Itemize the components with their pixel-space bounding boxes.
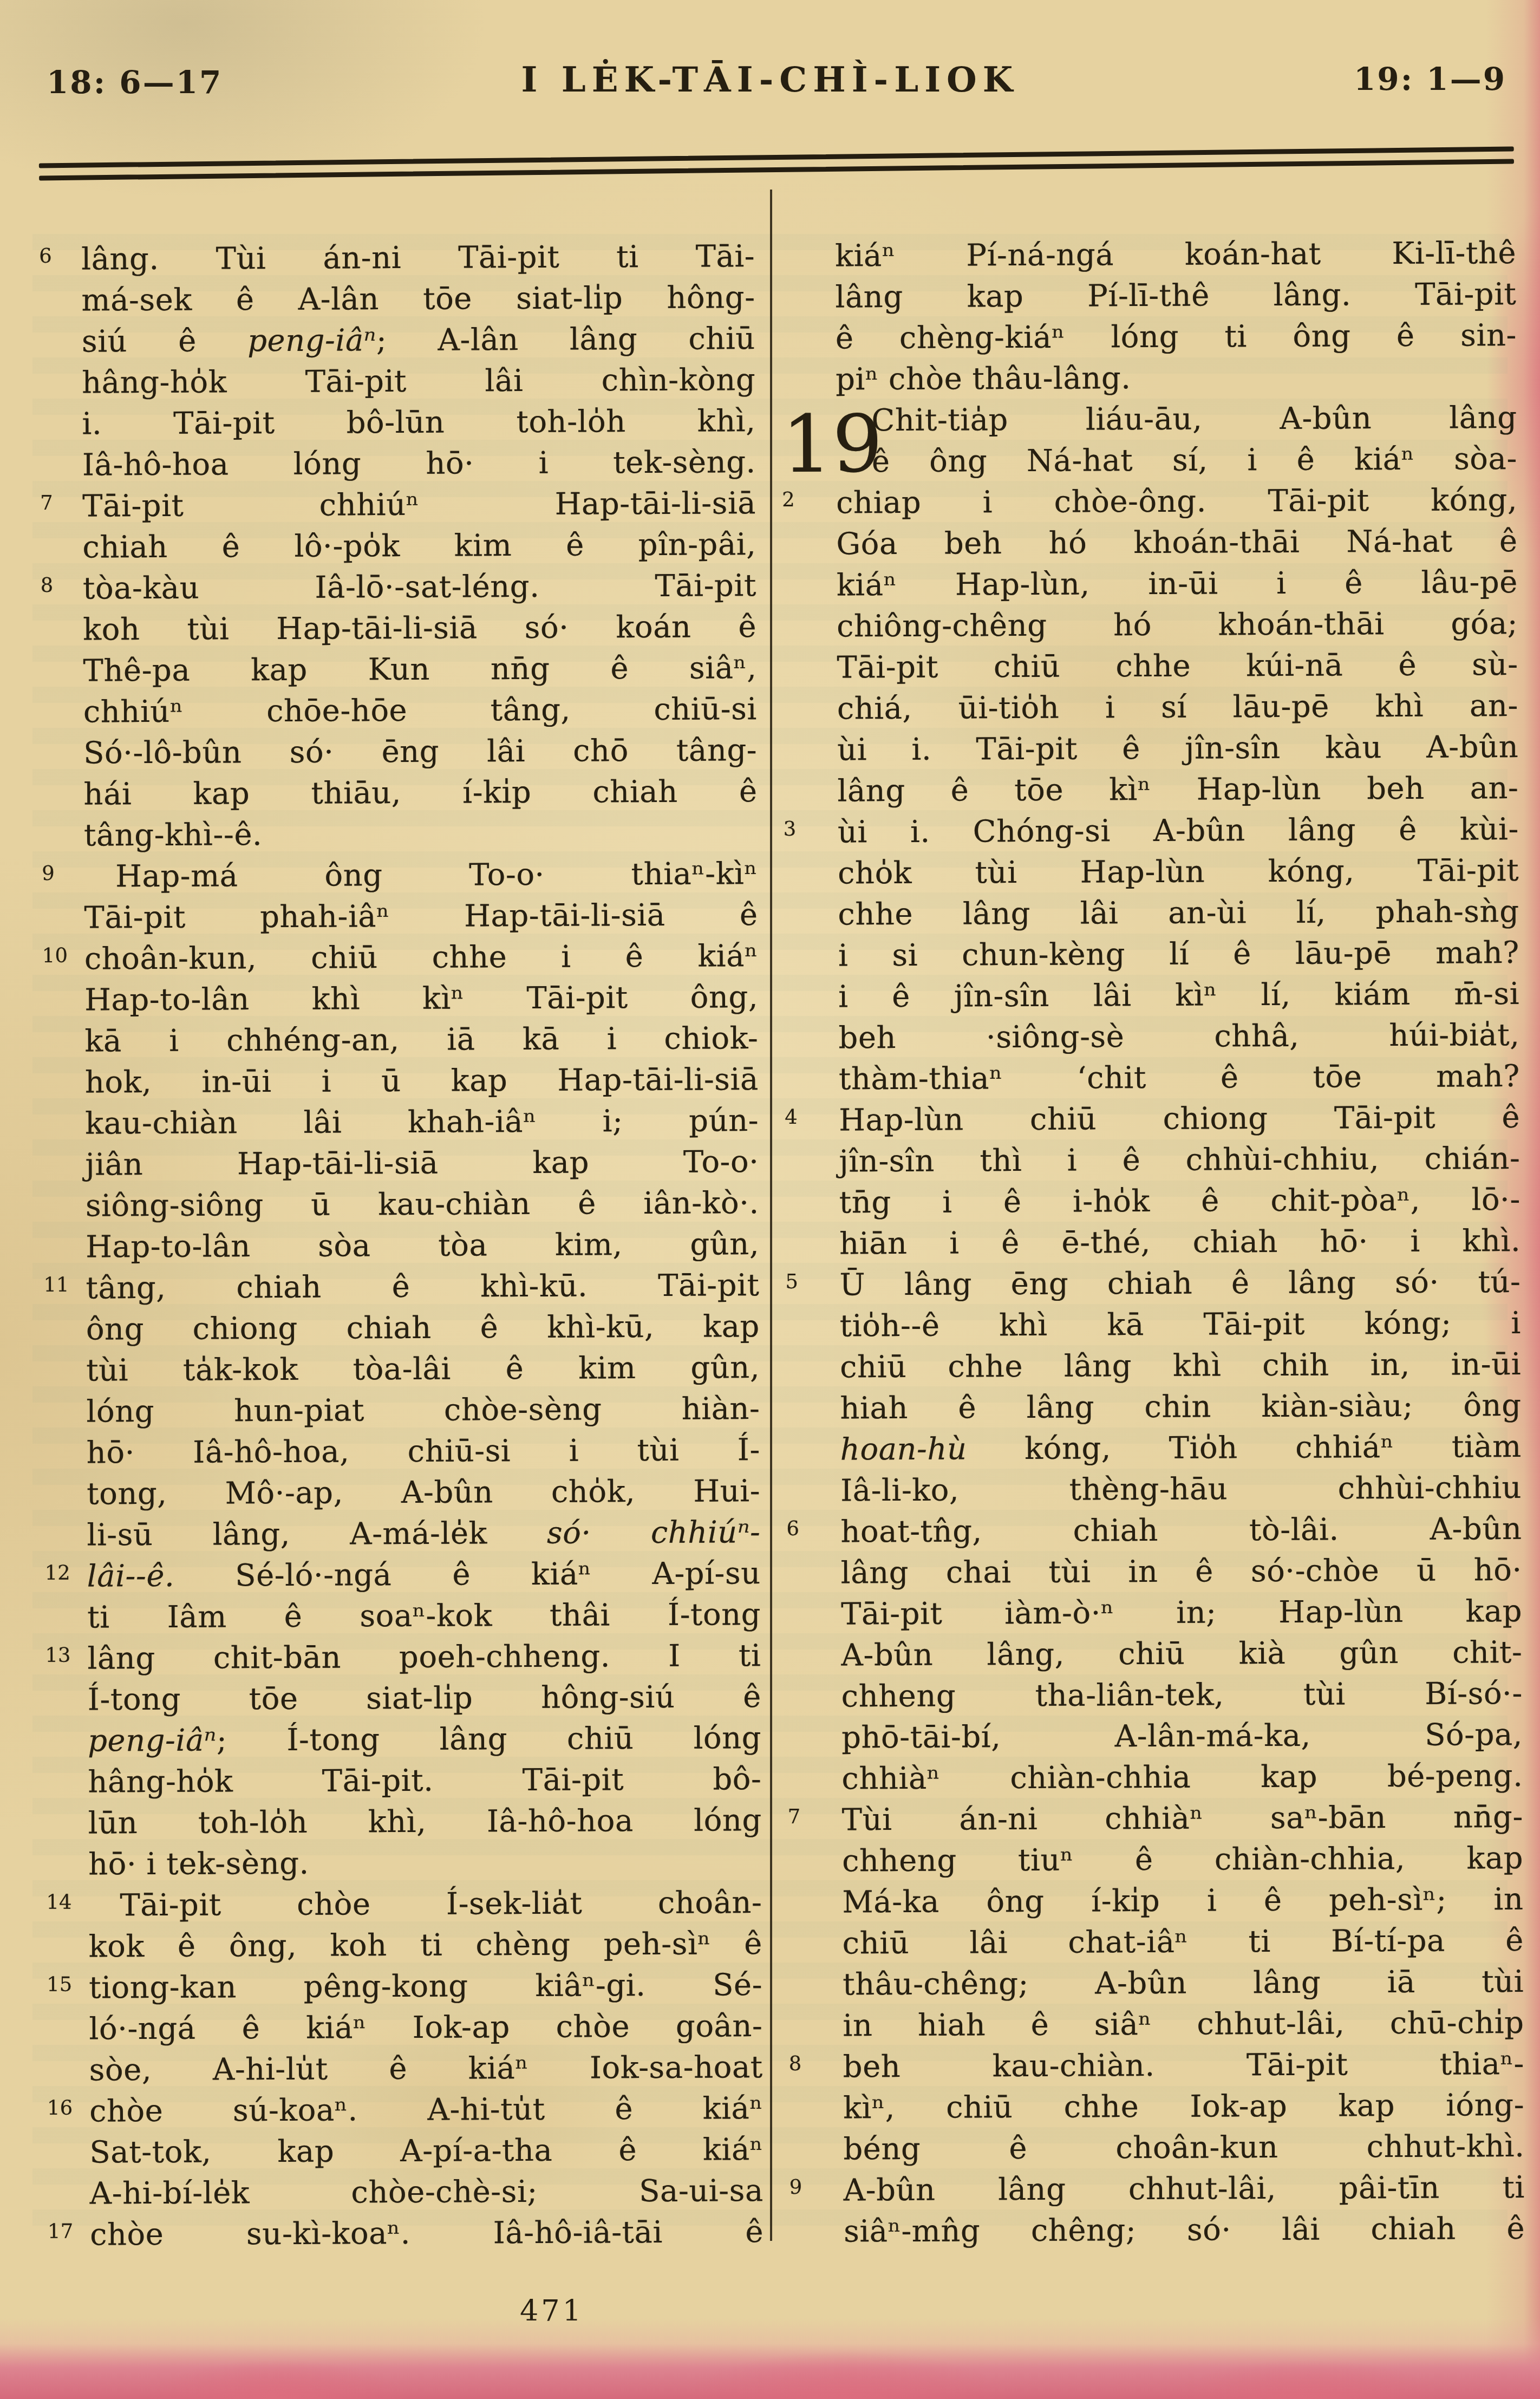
text-line: 3ùi i. Chóng-si A-bûn lâng ê kùi- (784, 809, 1519, 853)
verse-text: chiah ê lô·-po̍k kim ê pîn-pâi, (82, 524, 756, 568)
text-line: 12lâi--ê. Sé-ló·-ngá ê kiáⁿ A-pí-su (45, 1553, 761, 1598)
verse-text: li-sū lâng, A-má-le̍k só· chhiúⁿ- (87, 1512, 760, 1556)
text-line: kā i chhéng-an, iā kā i chiok- (42, 1018, 758, 1062)
text-line: hiān i ê ē-thé, chiah hō· i khì. (785, 1221, 1521, 1265)
verse-number (786, 1347, 840, 1388)
text-line: chiah ê lô·-po̍k kim ê pîn-pâi, (40, 524, 756, 569)
verse-number (785, 1141, 839, 1182)
text-line: kiáⁿ Hap-lùn, in-ūi i ê lâu-pē (782, 562, 1518, 607)
verse-number (41, 610, 83, 651)
verse-text: phō-tāi-bí, A-lân-má-ka, Só-pa, (841, 1714, 1523, 1758)
verse-text: A-bûn lâng chhut-lâi, pâi-tīn ti (844, 2167, 1525, 2211)
text-line: Thê-pa kap Kun nn̄g ê siâⁿ, (41, 648, 756, 692)
verse-number (45, 1598, 87, 1639)
verse-number (788, 1882, 842, 1923)
text-line: i si chun-kèng lí ê lāu-pē mah? (784, 933, 1519, 977)
verse-number (46, 1803, 88, 1844)
verse-number (42, 898, 84, 939)
verse-text: lóng hun-piat chòe-sèng hiàn- (86, 1388, 760, 1432)
verse-text: chòe su-kì-koaⁿ. Iâ-hô-iâ-tāi ê (90, 2212, 764, 2255)
verse-text: tùi ta̍k-kok tòa-lâi ê kim gûn, (86, 1347, 760, 1391)
text-line: Í-tong tōe siat-li̍p hông-siú ê (45, 1677, 761, 1721)
verse-text: lâng kap Pí-lī-thê lâng. Tāi-pit (835, 274, 1516, 318)
verse-number (782, 647, 837, 688)
verse-number (786, 1388, 840, 1429)
verse-number (43, 1227, 86, 1268)
verse-text: chiá, ūi-tio̍h i sí lāu-pē khì an- (837, 686, 1518, 729)
verse-number: 6 (39, 239, 81, 281)
verse-text: Tāi-pit phah-iâⁿ Hap-tāi-li-siā ê (84, 895, 758, 938)
text-line: Tāi-pit phah-iâⁿ Hap-tāi-li-siā ê (42, 895, 758, 939)
text-line: ló·-ngá ê kiáⁿ Iok-ap chòe goân- (47, 2006, 762, 2050)
verse-text: kiáⁿ Hap-lùn, in-ūi i ê lâu-pē (837, 562, 1518, 606)
verse-text: ti Iâm ê soaⁿ-kok thâi Í-tong (87, 1594, 761, 1638)
text-line: tâng-khì--ê. (42, 812, 758, 857)
text-line: ê chèng-kiáⁿ lóng ti ông ê sin- (781, 315, 1517, 360)
italic-phrase: peng-iâⁿ (88, 1723, 217, 1758)
verse-text: hiān i ê ē-thé, chiah hō· i khì. (839, 1221, 1521, 1264)
text-line: Sat-tok, kap A-pí-a-tha ê kiáⁿ (47, 2129, 763, 2174)
text-line: Tāi-pit iàm-ò·ⁿ in; Hap-lùn kap (787, 1591, 1522, 1635)
text-line: lâng kap Pí-lī-thê lâng. Tāi-pit (781, 274, 1516, 318)
text-line: 16chòe sú-koaⁿ. A-hi-tu̍t ê kiáⁿ (47, 2088, 763, 2133)
verse-text: choân-kun, chiū chhe i ê kiáⁿ (84, 936, 758, 980)
text-line: 6hoat-tn̂g, chiah tò-lâi. A-bûn (786, 1509, 1522, 1553)
verse-number (43, 1104, 85, 1145)
chapter-number: 19 (781, 405, 883, 484)
verse-text: Í-tong tōe siat-li̍p hông-siú ê (88, 1677, 761, 1720)
text-line: tio̍h--ê khì kā Tāi-pit kóng; i (786, 1303, 1521, 1347)
text-line: hoan-hù kóng, Tio̍h chhiáⁿ tiàm (786, 1426, 1522, 1471)
verse-text: ê ông Ná-hat sí, i ê kiáⁿ sòa- (836, 439, 1517, 483)
header-right-ref: 19: 1—9 (1354, 61, 1506, 97)
verse-text: lâi--ê. Sé-ló·-ngá ê kiáⁿ A-pí-su (87, 1553, 761, 1597)
text-line: 11tâng, chiah ê khì-kū. Tāi-pit (43, 1265, 759, 1309)
verse-number: 11 (43, 1268, 86, 1309)
verse-number: 16 (47, 2091, 89, 2133)
verse-number (784, 935, 838, 976)
text-line: hok, in-ūi i ū kap Hap-tāi-li-siā (43, 1059, 759, 1104)
verse-text: chiū lâi chat-iâⁿ ti Bí-tí-pa ê (843, 1920, 1524, 1964)
text-line: hái kap thiāu, í-ki̍p chiah ê (41, 771, 757, 816)
verse-text: kā i chhéng-an, iā kā i chiok- (84, 1018, 758, 1062)
verse-text: hō· Iâ-hô-hoa, chiū-si i tùi Í- (87, 1430, 760, 1474)
text-line: Tāi-pit chiū chhe kúi-nā ê sù- (782, 644, 1518, 689)
text-line: hiah ê lâng chin kiàn-siàu; ông (786, 1385, 1521, 1430)
verse-text: jîn-sîn thì i ê chhùi-chhiu, chián- (839, 1138, 1520, 1182)
verse-number (45, 1762, 88, 1803)
text-line: ùi i. Tāi-pit ê jîn-sîn kàu A-bûn (783, 727, 1518, 771)
verse-text: chiū chhe lâng khì chih in, in-ūi (840, 1344, 1521, 1388)
verse-text: chòe sú-koaⁿ. A-hi-tu̍t ê kiáⁿ (89, 2088, 763, 2132)
verse-number: 15 (47, 1968, 89, 2009)
text-line: chiū lâi chat-iâⁿ ti Bí-tí-pa ê (788, 1920, 1524, 1965)
verse-number (782, 606, 837, 647)
text-line: kau-chiàn lâi khah-iâⁿ i; pún- (43, 1100, 759, 1145)
verse-number: 13 (45, 1639, 87, 1680)
verse-text: hâng-ho̍k Tāi-pit lâi chìn-kòng (82, 360, 755, 403)
verse-text: tâng-khì--ê. (84, 812, 758, 856)
verse-text: hiah ê lâng chin kiàn-siàu; ông (840, 1385, 1521, 1429)
verse-text: lâng chai tùi in ê só·-chòe ū hō· (841, 1550, 1522, 1594)
verse-number (788, 1923, 843, 1964)
verse-text: Thê-pa kap Kun nn̄g ê siâⁿ, (83, 648, 756, 692)
verse-text: Iâ-hô-hoa lóng hō· i tek-sèng. (82, 442, 756, 486)
italic-phrase: hoan-hù (840, 1431, 967, 1467)
verse-number (39, 281, 81, 322)
verse-text: thâu-chêng; A-bûn lâng iā tùi (843, 1961, 1524, 2005)
verse-text: koh tùi Hap-tāi-li-siā só· koán ê (83, 607, 756, 650)
verse-text: ùi i. Chóng-si A-bûn lâng ê kùi- (838, 809, 1519, 853)
text-line: cho̍k tùi Hap-lùn kóng, Tāi-pit (784, 850, 1519, 895)
text-line: thâu-chêng; A-bûn lâng iā tùi (788, 1961, 1524, 2006)
text-line: peng-iâⁿ; Í-tong lâng chiū lóng (45, 1718, 761, 1762)
page-bottom-stain (0, 2318, 1540, 2399)
verse-text: Chit-tia̍p liáu-āu, A-bûn lâng (836, 397, 1517, 441)
verse-text: Ū lâng ēng chiah ê lâng só· tú- (839, 1262, 1521, 1306)
verse-number: 9 (789, 2170, 844, 2211)
text-line: tong, Mô·-ap, A-bûn cho̍k, Hui- (44, 1471, 760, 1515)
text-line: lóng hun-piat chòe-sèng hiàn- (44, 1388, 760, 1433)
verse-text: Iâ-li-ko, thèng-hāu chhùi-chhiu (840, 1468, 1522, 1511)
text-line: 15tiong-kan pêng-kong kiâⁿ-gi. Sé- (47, 1965, 762, 2009)
verse-number (782, 565, 837, 606)
text-line: 13lâng chit-bān poeh-chheng. I ti (45, 1635, 761, 1680)
verse-number (788, 2005, 843, 2046)
verse-text: Má-ka ông í-ki̍p i ê peh-sìⁿ; in (842, 1879, 1523, 1923)
verse-number (781, 277, 835, 318)
verse-number: 8 (789, 2046, 843, 2088)
verse-number (40, 363, 82, 404)
verse-text: kau-chiàn lâi khah-iâⁿ i; pún- (85, 1100, 759, 1144)
text-line: chheng tha-liân-tek, tùi Bí-só·- (787, 1673, 1523, 1718)
verse-text: ê chèng-kiáⁿ lóng ti ông ê sin- (836, 315, 1517, 359)
text-line: 19Chit-tia̍p liáu-āu, A-bûn lâng (781, 397, 1517, 442)
text-line: Iâ-li-ko, thèng-hāu chhùi-chhiu (786, 1468, 1522, 1512)
header-rule (39, 147, 1514, 188)
verse-text: tn̄g i ê i-ho̍k ê chit-pòaⁿ, lō·- (839, 1179, 1521, 1223)
verse-text: Só·-lô-bûn só· ēng lâi chō tâng- (83, 730, 757, 774)
text-line: koh tùi Hap-tāi-li-siā só· koán ê (41, 607, 756, 651)
verse-text: chiap i chòe-ông. Tāi-pit kóng, (836, 480, 1517, 524)
verse-number: 8 (41, 569, 83, 610)
verse-text: jiân Hap-tāi-li-siā kap To-o· (85, 1142, 759, 1185)
verse-number: 14 (46, 1886, 88, 1927)
text-line: hâng-ho̍k Tāi-pit lâi chìn-kòng (40, 360, 755, 404)
verse-text: Tùi án-ni chhiàⁿ saⁿ-bān nn̄g- (842, 1797, 1523, 1841)
text-line: hâng-ho̍k Tāi-pit. Tāi-pit bô- (45, 1759, 761, 1803)
verse-number (783, 729, 837, 771)
verse-text: hoan-hù kóng, Tio̍h chhiáⁿ tiàm (840, 1426, 1522, 1470)
text-line: chhiàⁿ chiàn-chhia kap bé-peng. (787, 1756, 1523, 1800)
verse-text: i si chun-kèng lí ê lāu-pē mah? (838, 933, 1519, 976)
verse-text: A-bûn lâng, chiū kià gûn chit- (841, 1632, 1522, 1676)
verse-text: peng-iâⁿ; Í-tong lâng chiū lóng (88, 1718, 761, 1762)
text-line: 4Hap-lùn chiū chiong Tāi-pit ê (785, 1097, 1520, 1142)
italic-phrase: peng-iâⁿ (247, 323, 376, 358)
text-line: in hiah ê siâⁿ chhut-lâi, chū-chi̍p (788, 2003, 1524, 2047)
verse-number (789, 2211, 844, 2252)
verse-text: tòa-kàu Iâ-lō·-sat-léng. Tāi-pit (83, 565, 756, 609)
text-line: ê ông Ná-hat sí, i ê kiáⁿ sòa- (782, 439, 1517, 483)
text-line: i. Tāi-pit bô-lūn toh-lo̍h khì, (40, 401, 755, 445)
verse-number (782, 524, 836, 565)
text-line: 10choân-kun, chiū chhe i ê kiáⁿ (42, 936, 758, 980)
verse-number (40, 445, 82, 486)
verse-number (784, 1018, 838, 1059)
verse-number: 7 (40, 486, 82, 527)
text-line: 6lâng. Tùi án-ni Tāi-pit ti Tāi- (39, 236, 755, 281)
text-line: chheng tiuⁿ ê chiàn-chhia, kap (788, 1838, 1523, 1882)
verse-text: ló·-ngá ê kiáⁿ Iok-ap chòe goân- (89, 2006, 762, 2050)
verse-text: Sat-tok, kap A-pí-a-tha ê kiáⁿ (89, 2129, 763, 2173)
text-line: béng ê choân-kun chhut-khì. (789, 2126, 1524, 2170)
verse-number (41, 774, 83, 816)
verse-text: Góa beh hó khoán-thāi Ná-hat ê (836, 521, 1517, 565)
verse-number (44, 1309, 86, 1351)
verse-text: ùi i. Tāi-pit ê jîn-sîn kàu A-bûn (837, 727, 1518, 771)
verse-number (44, 1474, 87, 1515)
verse-number: 3 (784, 812, 838, 853)
right-column: kiáⁿ Pí-ná-ngá koán-hat Ki-lī-thêlâng ka… (781, 233, 1525, 2253)
verse-number: 6 (786, 1511, 840, 1553)
verse-number (47, 1927, 89, 1968)
verse-number (43, 1145, 85, 1186)
verse-text: kiáⁿ Pí-ná-ngá koán-hat Ki-lī-thê (835, 233, 1516, 277)
verse-number (44, 1433, 87, 1474)
text-line: Só·-lô-bûn só· ēng lâi chō tâng- (41, 730, 757, 774)
text-line: i ê jîn-sîn lâi kìⁿ lí, kiám m̄-si (784, 974, 1519, 1018)
text-line: A-hi-bí-le̍k chòe-chè-si; Sa-ui-sa (48, 2170, 764, 2215)
verse-number: 17 (48, 2215, 90, 2256)
text-line: sòe, A-hi-lu̍t ê kiáⁿ Iok-sa-hoat (47, 2047, 763, 2091)
verse-number (781, 236, 835, 277)
verse-number (41, 733, 83, 774)
verse-text: Tāi-pit iàm-ò·ⁿ in; Hap-lùn kap (841, 1591, 1522, 1635)
italic-phrase: só· chhiúⁿ- (547, 1515, 761, 1551)
text-line: lūn toh-lo̍h khì, Iâ-hô-hoa lóng (46, 1800, 762, 1844)
page: 18: 6—17 I LĖK-TĀI-CHÌ-LIOK 19: 1—9 6lân… (0, 0, 1540, 2399)
verse-number (781, 359, 836, 400)
verse-text: i ê jîn-sîn lâi kìⁿ lí, kiám m̄-si (838, 974, 1519, 1018)
verse-number (46, 1844, 88, 1886)
verse-text: siông-siông ū kau-chiàn ê iân-kò·. (86, 1183, 759, 1227)
page-title: I LĖK-TĀI-CHÌ-LIOK (0, 60, 1540, 100)
text-line: chiū chhe lâng khì chih in, in-ūi (786, 1344, 1521, 1388)
left-column: 6lâng. Tùi án-ni Tāi-pit ti Tāi-má-sek ê… (39, 236, 764, 2256)
verse-number (788, 1964, 843, 2005)
verse-text: siú ê peng-iâⁿ; A-lân lâng chiū (82, 318, 755, 362)
verse-number (40, 322, 82, 363)
verse-text: béng ê choân-kun chhut-khì. (843, 2126, 1524, 2170)
verse-text: lâng chit-bān poeh-chheng. I ti (87, 1635, 761, 1679)
text-line: 2chiap i chòe-ông. Tāi-pit kóng, (782, 480, 1517, 524)
verse-text: má-sek ê A-lân tōe siat-li̍p hông- (81, 277, 755, 321)
verse-text: Hap-to-lân sòa tòa kim, gûn, (86, 1224, 759, 1268)
verse-number (787, 1594, 841, 1635)
text-line: li-sū lâng, A-má-le̍k só· chhiúⁿ- (44, 1512, 760, 1556)
text-line: 8tòa-kàu Iâ-lō·-sat-léng. Tāi-pit (41, 565, 756, 610)
text-line: kìⁿ, chiū chhe Iok-ap kap ióng- (789, 2085, 1524, 2129)
verse-number (788, 1841, 842, 1882)
verse-text: chhiàⁿ chiàn-chhia kap bé-peng. (841, 1756, 1523, 1800)
text-line: Hap-to-lân khì kìⁿ Tāi-pit ông, (42, 977, 758, 1021)
verse-text: beh kau-chiàn. Tāi-pit thiaⁿ- (843, 2044, 1524, 2088)
text-line: Hap-to-lân sòa tòa kim, gûn, (43, 1224, 759, 1268)
verse-text: kìⁿ, chiū chhe Iok-ap kap ióng- (843, 2085, 1524, 2129)
text-line: 8beh kau-chiàn. Tāi-pit thiaⁿ- (789, 2044, 1524, 2088)
verse-number (787, 1676, 841, 1717)
verse-number (784, 894, 838, 935)
text-line: lâng ê tōe kìⁿ Hap-lùn beh an- (783, 768, 1518, 812)
verse-text: hō· i tek-sèng. (88, 1841, 762, 1885)
verse-number: 5 (785, 1264, 839, 1306)
text-line: 7Tāi-pit chhiúⁿ Hap-tāi-li-siā (40, 483, 756, 527)
text-line: chhe lâng lâi an-ùi lí, phah-sǹg (784, 891, 1519, 936)
verse-number (47, 2009, 89, 2050)
italic-phrase: lâi--ê. (87, 1559, 175, 1594)
text-line: Iâ-hô-hoa lóng hō· i tek-sèng. (40, 442, 756, 486)
text-line: kiáⁿ Pí-ná-ngá koán-hat Ki-lī-thê (781, 233, 1516, 277)
verse-text: chiông-chêng hó khoán-thāi góa; (837, 603, 1518, 647)
verse-number (785, 1059, 839, 1100)
verse-number (789, 2129, 843, 2170)
text-line: 14Tāi-pit chòe Í-sek-lia̍t choân- (46, 1882, 762, 1927)
verse-number (44, 1515, 87, 1556)
verse-number (44, 1392, 86, 1433)
verse-number (40, 404, 82, 445)
text-line: hō· i tek-sèng. (46, 1841, 762, 1886)
text-line: tn̄g i ê i-ho̍k ê chit-pòaⁿ, lō·- (785, 1179, 1521, 1224)
verse-number (44, 1351, 86, 1392)
text-line: jîn-sîn thì i ê chhùi-chhiu, chián- (785, 1138, 1520, 1183)
verse-text: Tāi-pit chhiúⁿ Hap-tāi-li-siā (82, 483, 756, 527)
verse-text: chhiúⁿ chōe-hōe tâng, chiū-si (83, 689, 757, 733)
verse-number (785, 1223, 839, 1264)
verse-number (784, 976, 838, 1018)
verse-number (42, 1021, 84, 1062)
verse-text: chheng tiuⁿ ê chiàn-chhia, kap (842, 1838, 1523, 1882)
text-line: 5Ū lâng ēng chiah ê lâng só· tú- (785, 1262, 1521, 1306)
verse-number (45, 1721, 88, 1762)
verse-number (43, 1186, 86, 1227)
verse-text: Hap-má ông To-o· thiaⁿ-kìⁿ (84, 853, 758, 897)
text-line: beh ·siông-sè chhâ, húi-bia̍t, (784, 1015, 1519, 1059)
text-line: phō-tāi-bí, A-lân-má-ka, Só-pa, (787, 1714, 1523, 1759)
text-line: tùi ta̍k-kok tòa-lâi ê kim gûn, (44, 1347, 760, 1392)
text-line: A-bûn lâng, chiū kià gûn chit- (787, 1632, 1522, 1677)
verse-text: kok ê ông, koh ti chèng peh-sìⁿ ê (89, 1924, 762, 1967)
text-line: siông-siông ū kau-chiàn ê iân-kò·. (43, 1183, 759, 1227)
verse-text: hoat-tn̂g, chiah tò-lâi. A-bûn (840, 1509, 1522, 1553)
verse-number (783, 771, 837, 812)
text-line: 7Tùi án-ni chhiàⁿ saⁿ-bān nn̄g- (788, 1797, 1523, 1841)
text-line: chiông-chêng hó khoán-thāi góa; (782, 603, 1518, 648)
verse-text: chhe lâng lâi an-ùi lí, phah-sǹg (838, 891, 1519, 935)
verse-number (789, 2088, 843, 2129)
verse-number (41, 692, 83, 733)
verse-text: hái kap thiāu, í-ki̍p chiah ê (83, 771, 757, 815)
verse-number: 9 (42, 857, 84, 898)
verse-number (787, 1758, 841, 1800)
verse-number (787, 1717, 841, 1758)
verse-number: 10 (42, 939, 84, 980)
verse-text: tong, Mô·-ap, A-bûn cho̍k, Hui- (87, 1471, 760, 1515)
verse-number (785, 1182, 839, 1223)
verse-number (786, 1429, 840, 1470)
verse-number (43, 1062, 85, 1104)
text-line: chhiúⁿ chōe-hōe tâng, chiū-si (41, 689, 757, 733)
verse-text: thàm-thiaⁿ ʻchit ê tōe mah? (839, 1056, 1520, 1100)
verse-number: 4 (785, 1100, 839, 1141)
verse-text: cho̍k tùi Hap-lùn kóng, Tāi-pit (838, 850, 1519, 894)
verse-text: A-hi-bí-le̍k chòe-chè-si; Sa-ui-sa (90, 2170, 764, 2214)
text-line: chiá, ūi-tio̍h i sí lāu-pē khì an- (783, 686, 1518, 730)
verse-number (45, 1680, 88, 1721)
text-line: kok ê ông, koh ti chèng peh-sìⁿ ê (47, 1924, 762, 1968)
verse-text: hok, in-ūi i ū kap Hap-tāi-li-siā (85, 1059, 759, 1103)
verse-text: lâng. Tùi án-ni Tāi-pit ti Tāi- (81, 236, 755, 280)
column-divider (770, 190, 772, 2241)
text-line: siâⁿ-mn̂g chêng; só· lâi chiah ê (789, 2208, 1525, 2253)
text-line: siú ê peng-iâⁿ; A-lân lâng chiū (40, 318, 755, 363)
verse-text: lâng ê tōe kìⁿ Hap-lùn beh an- (837, 768, 1518, 812)
verse-number (786, 1470, 840, 1511)
verse-number (48, 2174, 90, 2215)
text-line: 9Hap-má ông To-o· thiaⁿ-kìⁿ (42, 853, 758, 898)
verse-text: Tāi-pit chòe Í-sek-lia̍t choân- (88, 1882, 762, 1926)
verse-number (781, 318, 836, 359)
verse-number (42, 816, 84, 857)
verse-text: tâng, chiah ê khì-kū. Tāi-pit (86, 1265, 759, 1309)
verse-text: Hap-lùn chiū chiong Tāi-pit ê (839, 1097, 1520, 1141)
verse-text: i. Tāi-pit bô-lūn toh-lo̍h khì, (82, 401, 755, 445)
verse-text: piⁿ chòe thâu-lâng. (836, 356, 1517, 400)
verse-text: hâng-ho̍k Tāi-pit. Tāi-pit bô- (88, 1759, 761, 1803)
verse-text: tiong-kan pêng-kong kiâⁿ-gi. Sé- (89, 1965, 762, 2009)
verse-number (42, 980, 84, 1021)
text-line: ông chiong chiah ê khì-kū, kap (44, 1306, 760, 1351)
verse-number (787, 1553, 841, 1594)
verse-text: beh ·siông-sè chhâ, húi-bia̍t, (838, 1015, 1519, 1059)
text-line: Má-ka ông í-ki̍p i ê peh-sìⁿ; in (788, 1879, 1523, 1924)
verse-text: sòe, A-hi-lu̍t ê kiáⁿ Iok-sa-hoat (89, 2047, 763, 2091)
verse-text: Hap-to-lân khì kìⁿ Tāi-pit ông, (84, 977, 758, 1021)
verse-number (47, 2050, 89, 2091)
text-line: jiân Hap-tāi-li-siā kap To-o· (43, 1142, 759, 1186)
verse-text: chheng tha-liân-tek, tùi Bí-só·- (841, 1673, 1523, 1717)
verse-number: 12 (45, 1556, 87, 1598)
verse-number: 7 (788, 1800, 842, 1841)
verse-text: lūn toh-lo̍h khì, Iâ-hô-hoa lóng (88, 1800, 762, 1844)
text-line: Góa beh hó khoán-thāi Ná-hat ê (782, 521, 1517, 565)
verse-number (783, 688, 837, 729)
verse-text: tio̍h--ê khì kā Tāi-pit kóng; i (840, 1303, 1521, 1347)
text-line: má-sek ê A-lân tōe siat-li̍p hông- (39, 277, 755, 322)
text-line: 9A-bûn lâng chhut-lâi, pâi-tīn ti (789, 2167, 1525, 2212)
verse-number (47, 2133, 89, 2174)
verse-number (784, 853, 838, 894)
text-line: hō· Iâ-hô-hoa, chiū-si i tùi Í- (44, 1430, 760, 1474)
verse-text: Tāi-pit chiū chhe kúi-nā ê sù- (837, 644, 1518, 688)
text-line: piⁿ chòe thâu-lâng. (781, 356, 1517, 401)
text-line: ti Iâm ê soaⁿ-kok thâi Í-tong (45, 1594, 761, 1639)
text-line: thàm-thiaⁿ ʻchit ê tōe mah? (785, 1056, 1520, 1100)
verse-text: ông chiong chiah ê khì-kū, kap (86, 1306, 760, 1350)
text-line: 17chòe su-kì-koaⁿ. Iâ-hô-iâ-tāi ê (48, 2212, 764, 2256)
verse-number (787, 1635, 841, 1676)
verse-text: in hiah ê siâⁿ chhut-lâi, chū-chi̍p (843, 2003, 1524, 2046)
